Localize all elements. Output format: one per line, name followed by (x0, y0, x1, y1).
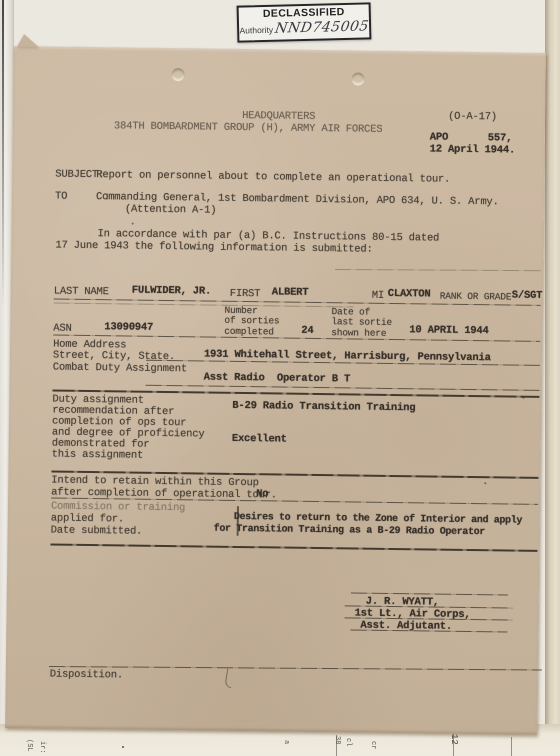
ink-speck (132, 223, 134, 225)
row-rule (146, 385, 540, 391)
bottom-fragment: (SL (25, 739, 33, 752)
binder-shadow-line (2, 0, 4, 310)
letter-date: 12 April 1944. (430, 143, 516, 156)
last-sortie-value: 10 APRIL 1944 (409, 324, 488, 337)
apo-label: APO (430, 131, 448, 143)
ink-dot (122, 746, 124, 748)
rank-label: RANK OR GRADE (440, 292, 512, 304)
bottom-fragment: cr (369, 741, 377, 749)
apo-number: 557, (488, 132, 513, 144)
bottom-fragment: ir: (38, 741, 46, 754)
dog-ear-corner (17, 34, 39, 47)
table-top-rule (335, 269, 541, 272)
attention-line: (Attention A-1) (125, 203, 217, 216)
combat-duty-label: Combat Duty Assignment (53, 362, 187, 376)
authority-number: NND745005 (274, 18, 370, 36)
punch-hole (172, 68, 185, 81)
asn-value: 13090947 (104, 321, 153, 334)
commission-value-2: for Transition Training as a B-29 Radio … (214, 524, 485, 539)
commission-label-2: applied for. (51, 513, 124, 526)
row-rule-shadow (54, 303, 354, 308)
section-rule (50, 544, 537, 552)
ink-speck (522, 397, 524, 399)
recommendation-label-line: this assignment (52, 449, 144, 462)
authority-label: Authority (239, 24, 273, 35)
last-name-value: FULWIDER, JR. (132, 285, 211, 298)
retain-value: No (256, 488, 268, 500)
bottom-fragment: a (282, 740, 290, 744)
sorties-value: 24 (301, 325, 313, 337)
headquarters-line: HEADQUARTERS (242, 110, 315, 123)
first-name-value: ALBERT (272, 286, 309, 299)
declassified-stamp: DECLASSIFIED Authority NND745005 (237, 2, 372, 42)
underlying-page-edge-right (545, 0, 560, 756)
bottom-fragment: 38 (333, 736, 341, 744)
punch-hole (352, 72, 365, 85)
disposition-label: Disposition. (50, 669, 123, 682)
middle-name-value: CLAXTON (388, 288, 431, 301)
scanned-document: (SL ir: a 38 cl cr 12 HEADQUARTERS 384TH… (0, 0, 560, 756)
bottom-fragment: cl (344, 738, 352, 746)
pen-squiggle (224, 668, 234, 688)
rank-value: S/SGT (512, 290, 543, 302)
first-name-label: FIRST (230, 288, 261, 300)
recommendation-value: B-29 Radio Transition Training (232, 400, 415, 414)
subject-text: Report on personnel about to complete an… (96, 169, 450, 186)
unit-line: 384TH BOMBARDMENT GROUP (H), ARMY AIR FO… (114, 120, 383, 136)
file-reference: (O-A-17) (448, 111, 497, 124)
asn-label: ASN (53, 323, 71, 335)
commission-label-3: Date submitted. (51, 525, 143, 538)
last-name-label: LAST NAME (54, 286, 109, 299)
proficiency-value: Excellent (232, 433, 287, 446)
underlying-rule (511, 737, 512, 756)
document-page: HEADQUARTERS 384TH BOMBARDMENT GROUP (H)… (5, 46, 546, 735)
bottom-fragment: 12 (449, 734, 459, 745)
combat-duty-value: Asst Radio Operator B T (204, 372, 351, 386)
middle-initial-label: MI (372, 290, 384, 302)
ink-speck (484, 482, 486, 484)
